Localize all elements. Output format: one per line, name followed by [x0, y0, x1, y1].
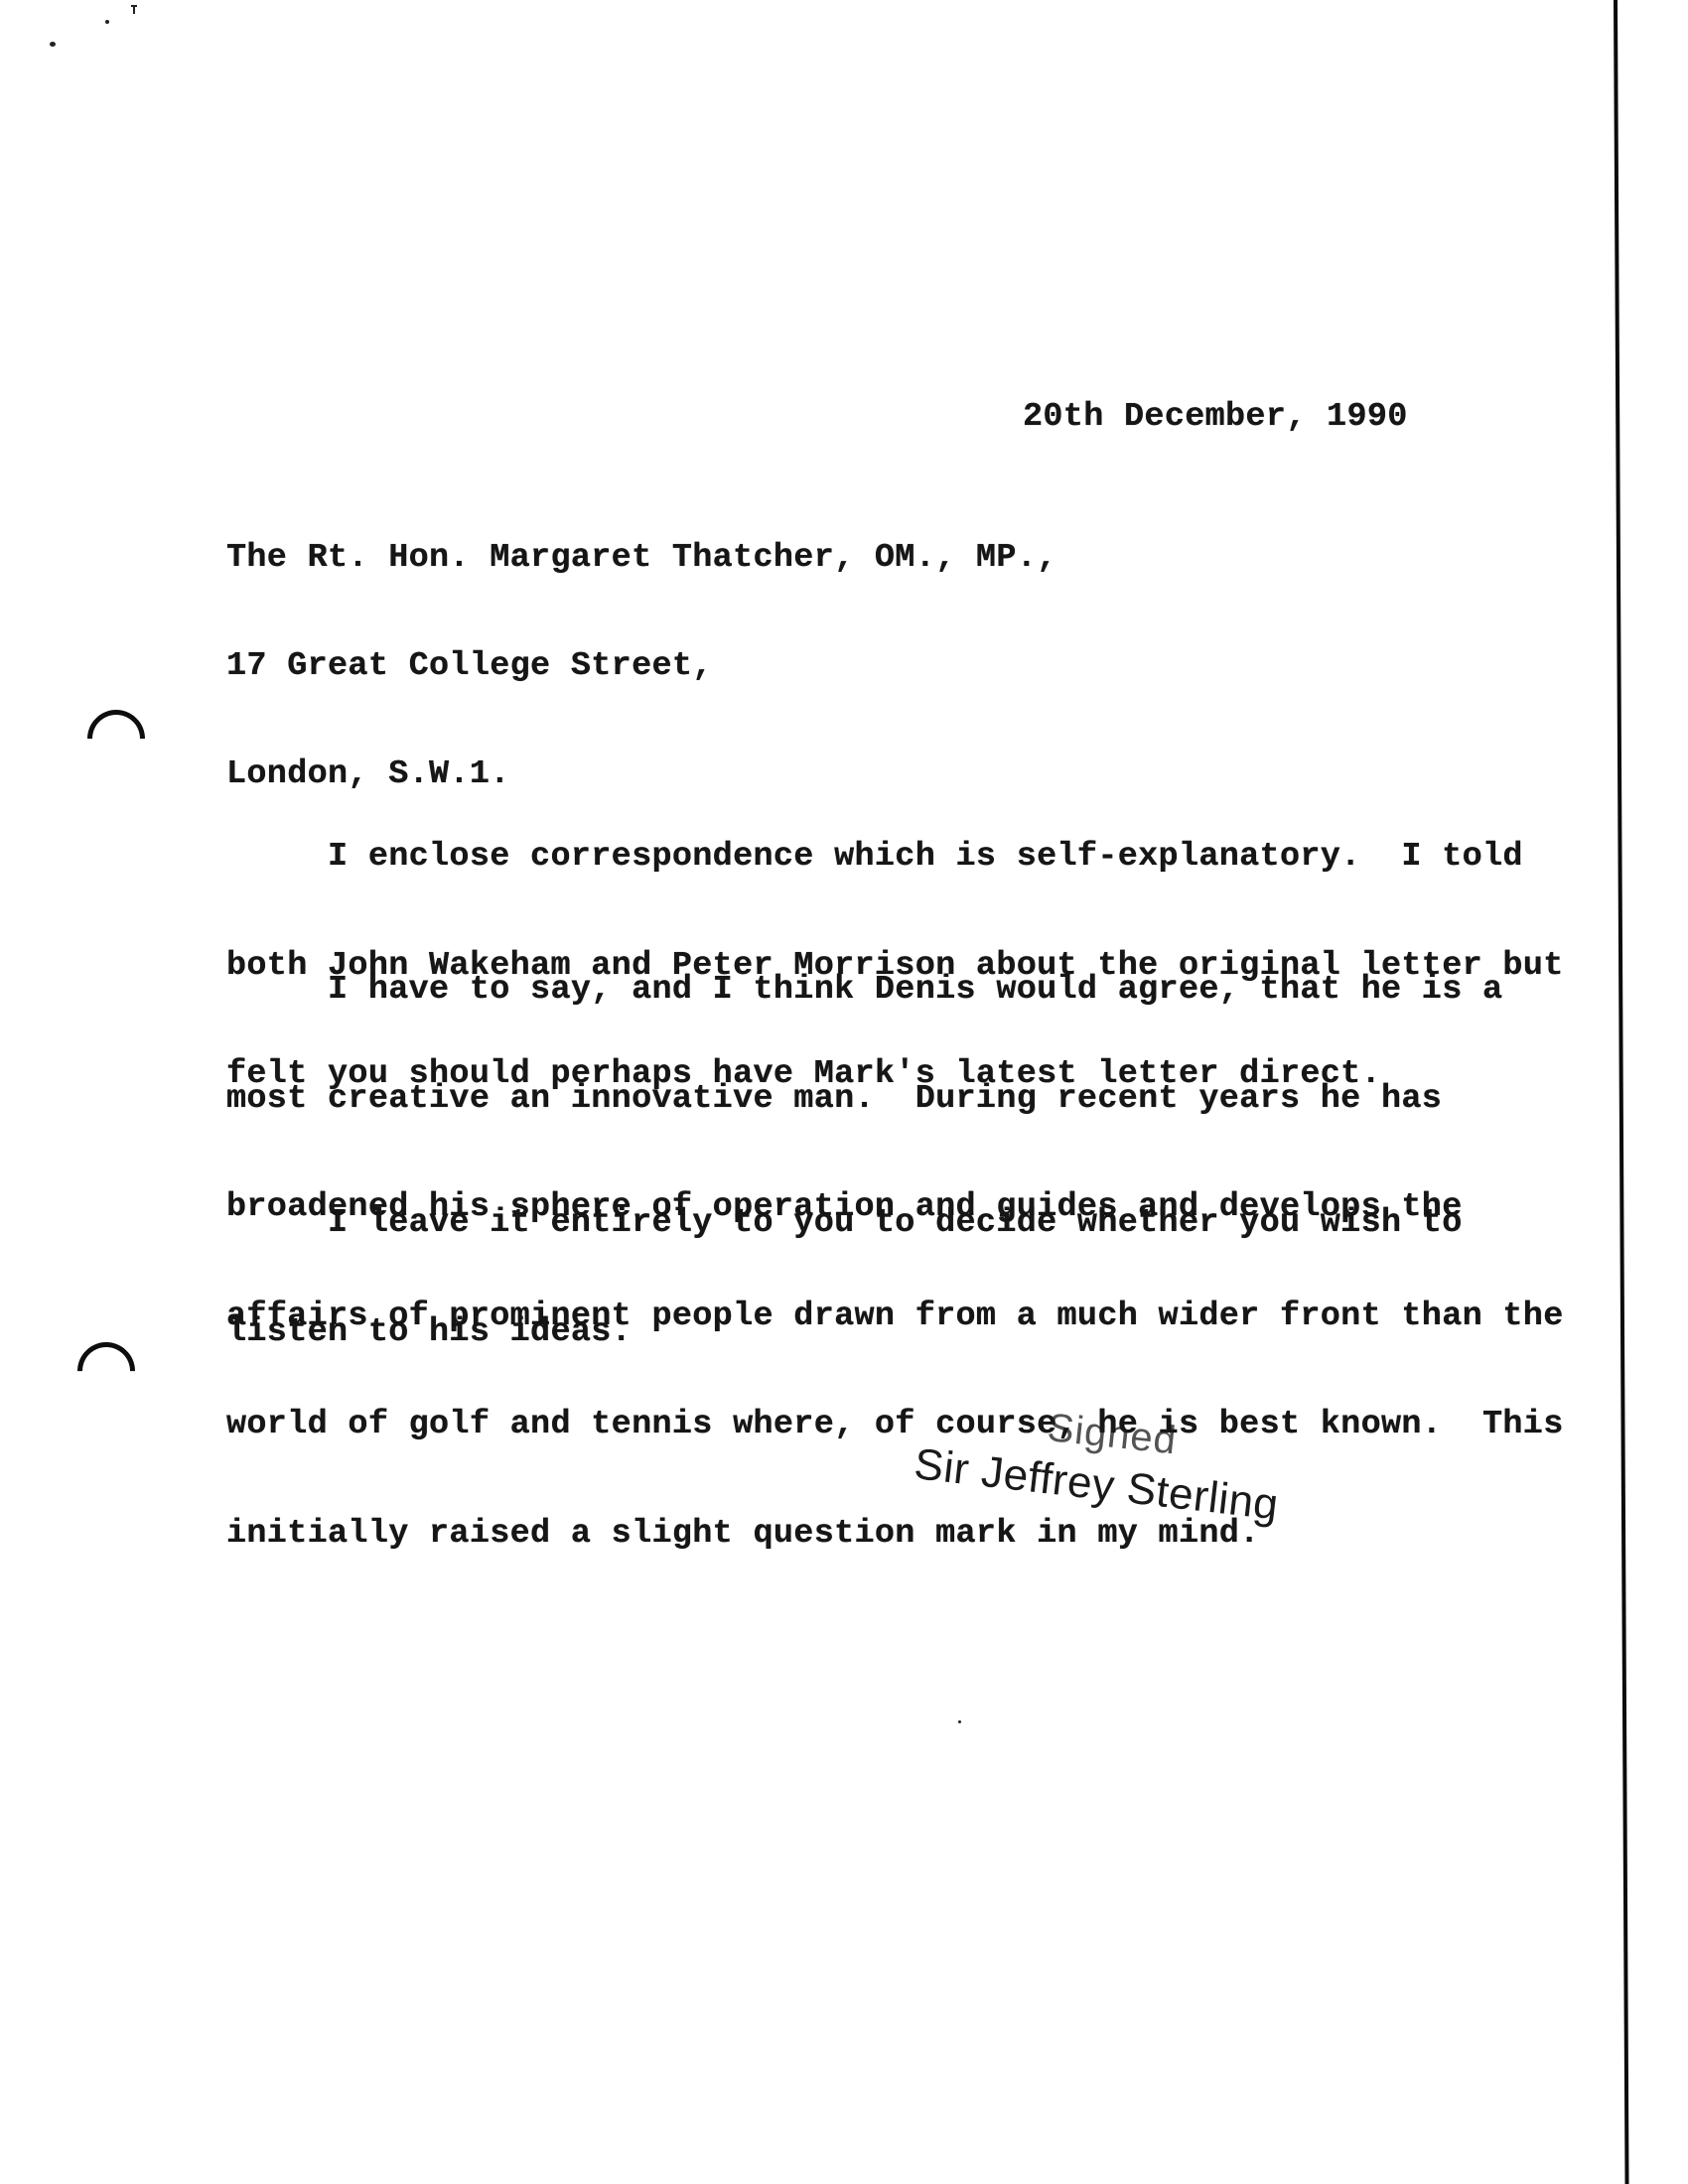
scan-speck [105, 20, 109, 24]
paragraph-line: I enclose correspondence which is self-e… [226, 841, 1564, 875]
recipient-name-line: The Rt. Hon. Margaret Thatcher, OM., MP.… [226, 542, 1057, 575]
scan-speck [958, 1720, 961, 1723]
punch-hole-arc-top [75, 698, 157, 779]
body-paragraph-3: I leave it entirely to you to decide whe… [226, 1132, 1463, 1425]
signature-stamp: Signed Sir Jeffrey Sterling [909, 1400, 1326, 1549]
paragraph-line: I leave it entirely to you to decide whe… [226, 1207, 1463, 1241]
page-edge-line [1614, 0, 1629, 2184]
paragraph-line: initially raised a slight question mark … [226, 1518, 1564, 1552]
paragraph-line: I have to say, and I think Denis would a… [226, 974, 1564, 1008]
punch-hole-arc-bottom [66, 1330, 147, 1412]
letter-date: 20th December, 1990 [1023, 398, 1408, 436]
signed-label: Signed [1046, 1406, 1180, 1463]
paragraph-line: listen to his ideas. [226, 1316, 1463, 1350]
recipient-street-line: 17 Great College Street, [226, 650, 1057, 683]
scan-speck [133, 6, 135, 14]
letter-page: 20th December, 1990 The Rt. Hon. Margare… [0, 0, 1688, 2184]
scan-speck [50, 42, 56, 47]
paragraph-line: most creative an innovative man. During … [226, 1083, 1564, 1117]
